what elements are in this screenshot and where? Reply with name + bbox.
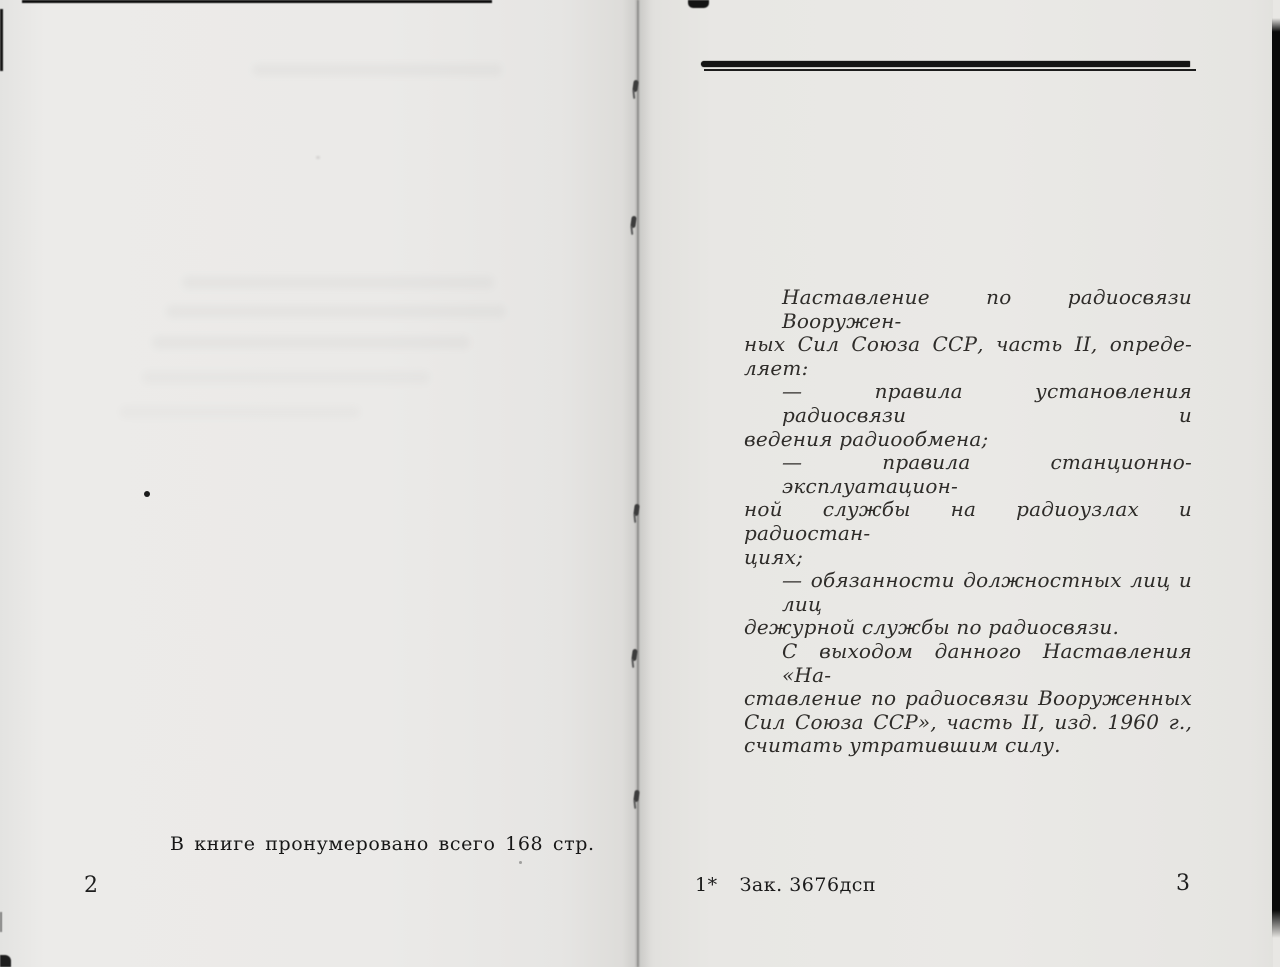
scan-edge-left-strip [0, 9, 3, 71]
scan-corner-mark [0, 955, 11, 967]
bleed-through-ghost-line [166, 305, 506, 318]
bleed-through-ghost-line [252, 64, 502, 76]
scan-edge-left-mark [0, 912, 2, 932]
text-line: — правила станционно-эксплуатацион- [744, 451, 1192, 498]
text-line: дежурной службы по радиосвязи. [744, 616, 1192, 640]
text-line: ведения радиообмена; [744, 428, 1192, 452]
text-line: — правила установления радиосвязи и [744, 380, 1192, 427]
text-line: считать утратившим силу. [744, 734, 1192, 758]
chapter-head-rule [701, 60, 1196, 73]
print-imprint: 1* Зак. 3676дсп [695, 874, 876, 896]
pagination-note: В книге пронумеровано всего 168 стр. [170, 833, 595, 855]
page-number-left: 2 [84, 873, 98, 898]
dust-speck [144, 491, 150, 497]
scan-edge-right-strip [1272, 18, 1280, 938]
scan-edge-top-strip [22, 0, 492, 3]
head-rule-thick-bar [701, 61, 1190, 67]
bleed-through-ghost-line [142, 371, 430, 384]
page-gutter-fold-line [637, 0, 639, 967]
text-line: циях; [744, 546, 1192, 570]
bleed-through-ghost-line [120, 406, 360, 418]
text-line: ляет: [744, 357, 1192, 381]
gutter-top-ink-mark [688, 0, 709, 8]
bleed-through-ghost-line [182, 276, 494, 289]
text-line: ной службы на радиоузлах и радиостан- [744, 498, 1192, 545]
text-line: ставление по радиосвязи Вооруженных [744, 687, 1192, 711]
text-line: Сил Союза ССР», часть II, изд. 1960 г., [744, 711, 1192, 735]
print-order-code: Зак. 3676дсп [740, 874, 876, 896]
head-rule-thin-bar [704, 69, 1196, 71]
signature-mark: 1* [695, 874, 718, 896]
dust-speck [519, 861, 522, 864]
text-line: ных Сил Союза ССР, часть II, опреде- [744, 333, 1192, 357]
dust-speck [316, 156, 320, 159]
text-line: Наставление по радиосвязи Вооружен- [744, 286, 1192, 333]
scanned-book-spread: Наставление по радиосвязи Вооружен- ных … [0, 0, 1280, 967]
text-line: — обязанности должностных лиц и лиц [744, 569, 1192, 616]
text-line: С выходом данного Наставления «На- [744, 640, 1192, 687]
left-page [0, 0, 637, 967]
body-text-block: Наставление по радиосвязи Вооружен- ных … [744, 286, 1192, 758]
bleed-through-ghost-line [152, 336, 470, 349]
page-number-right: 3 [1176, 871, 1190, 896]
